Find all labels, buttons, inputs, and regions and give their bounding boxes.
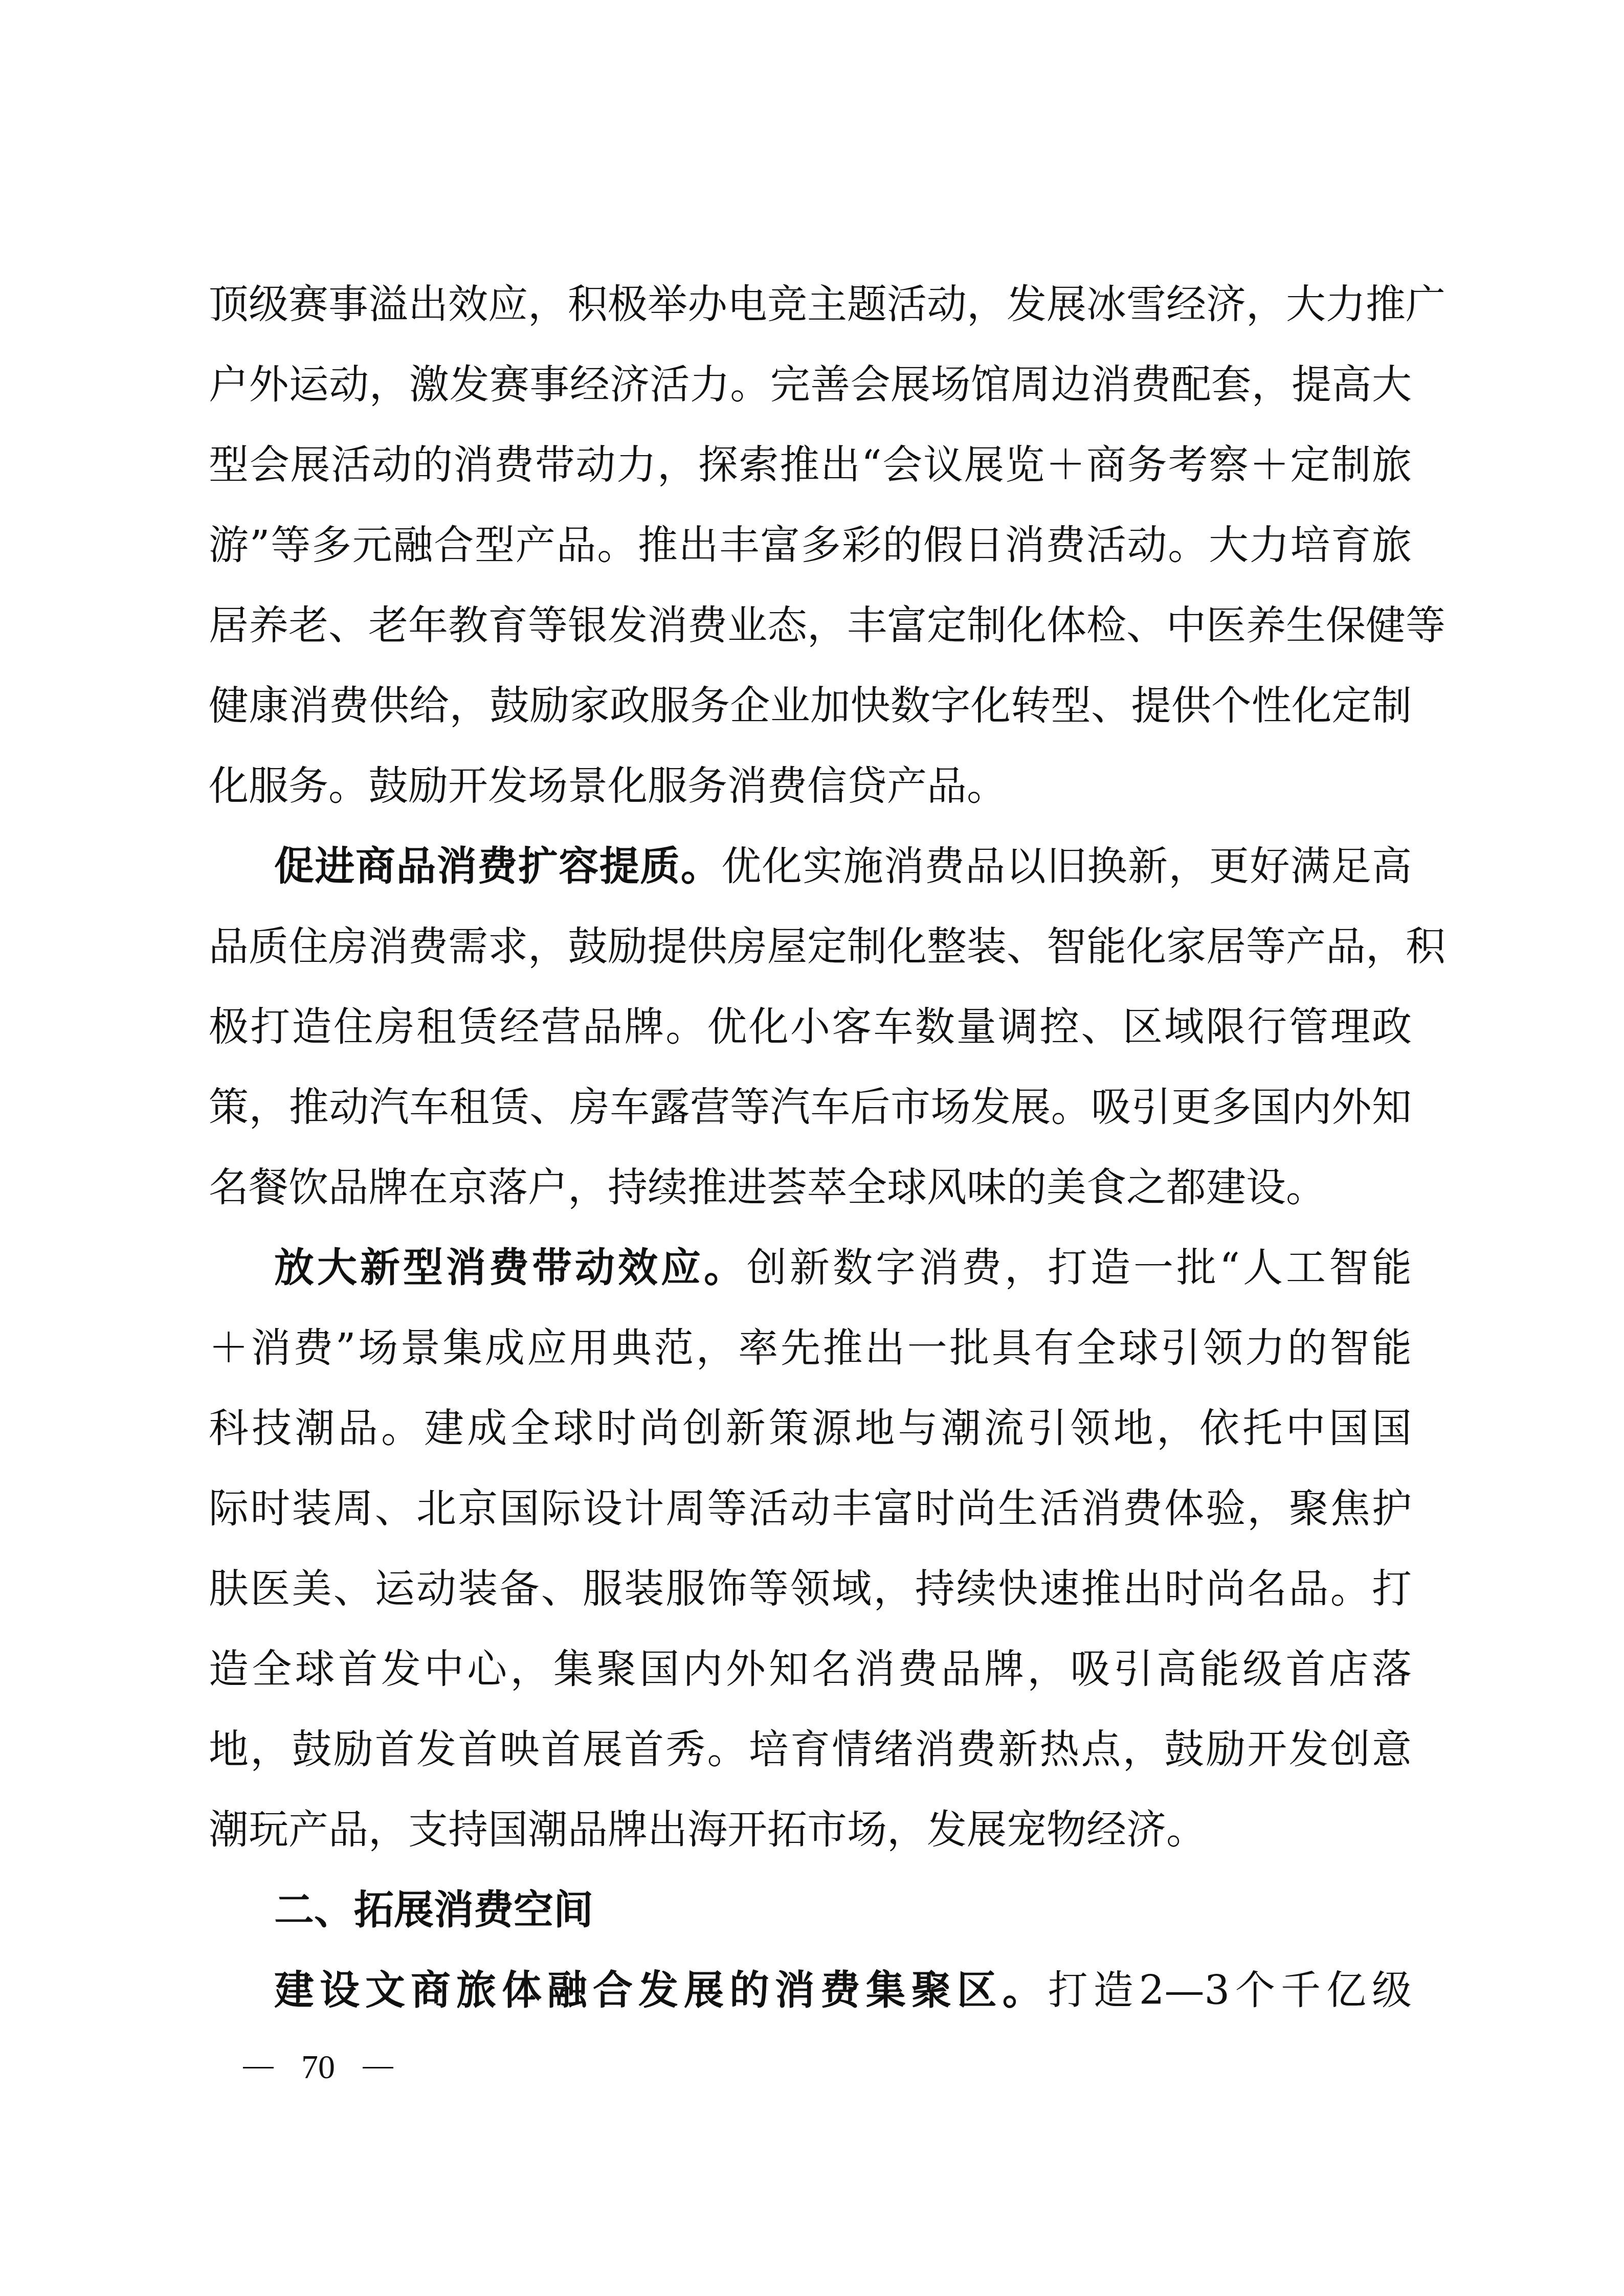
text-line: 造全球首发中心，集聚国内外知名消费品牌，吸引高能级首店落: [209, 1644, 1412, 1724]
text-line: 化服务。鼓励开发场景化服务消费信贷产品。: [209, 761, 1412, 841]
line-text: 科技潮品。建成全球时尚创新策源地与潮流引领地，依托中国国: [209, 1406, 1412, 1452]
page-number-value: 70: [301, 2050, 335, 2085]
text-line: 名餐饮品牌在京落户，持续推进荟萃全球风味的美食之都建设。: [209, 1162, 1412, 1243]
line-text: 地，鼓励首发首映首展首秀。培育情绪消费新热点，鼓励开发创意: [209, 1727, 1412, 1773]
body-text: 顶级赛事溢出效应，积极举办电竞主题活动，发展冰雪经济，大力推广 户外运动，激发赛…: [209, 279, 1412, 2045]
paragraph-start-line: 放大新型消费带动效应。创新数字消费，打造一批“人工智能: [209, 1243, 1412, 1323]
text-line: 户外运动，激发赛事经济活力。完善会展场馆周边消费配套，提高大: [209, 359, 1412, 440]
paragraph-lead-phrase: 放大新型消费带动效应。: [274, 1245, 747, 1291]
text-line: 肤医美、运动装备、服装服饰等领域，持续快速推出时尚名品。打: [209, 1564, 1412, 1644]
line-text: 品质住房消费需求，鼓励提供房屋定制化整装、智能化家居等产品，积: [209, 924, 1445, 970]
line-text: 肤医美、运动装备、服装服饰等领域，持续快速推出时尚名品。打: [209, 1566, 1412, 1612]
line-text: 游”等多元融合型产品。推出丰富多彩的假日消费活动。大力培育旅: [209, 523, 1412, 569]
section-heading-text: 二、拓展消费空间: [274, 1887, 593, 1933]
document-page: 顶级赛事溢出效应，积极举办电竞主题活动，发展冰雪经济，大力推广 户外运动，激发赛…: [0, 0, 1624, 2296]
text-line: 居养老、老年教育等银发消费业态，丰富定制化体检、中医养生保健等: [209, 600, 1412, 681]
page-number: 70: [243, 2050, 393, 2085]
text-line: 游”等多元融合型产品。推出丰富多彩的假日消费活动。大力培育旅: [209, 520, 1412, 600]
line-text: 优化实施消费品以旧换新，更好满足高: [721, 844, 1412, 890]
line-text: 健康消费供给，鼓励家政服务企业加快数字化转型、提供个性化定制: [209, 683, 1412, 729]
line-text: 潮玩产品，支持国潮品牌出海开拓市场，发展宠物经济。: [209, 1807, 1206, 1853]
text-line: 际时装周、北京国际设计周等活动丰富时尚生活消费体验，聚焦护: [209, 1483, 1412, 1564]
line-text: 造全球首发中心，集聚国内外知名消费品牌，吸引高能级首店落: [209, 1647, 1412, 1693]
text-line: 极打造住房租赁经营品牌。优化小客车数量调控、区域限行管理政: [209, 1002, 1412, 1082]
text-line: 地，鼓励首发首映首展首秀。培育情绪消费新热点，鼓励开发创意: [209, 1724, 1412, 1805]
line-text: ＋消费”场景集成应用典范，率先推出一批具有全球引领力的智能: [209, 1325, 1412, 1371]
paragraph-lead-phrase: 促进商品消费扩容提质。: [274, 843, 721, 890]
text-line: 健康消费供给，鼓励家政服务企业加快数字化转型、提供个性化定制: [209, 681, 1412, 761]
line-text: 创新数字消费，打造一批“人工智能: [747, 1245, 1412, 1291]
line-text: 型会展活动的消费带动力，探索推出“会议展览＋商务考察＋定制旅: [209, 442, 1412, 488]
paragraph-lead-phrase: 建设文商旅体融合发展的消费集聚区。: [274, 1967, 1048, 2014]
line-text: 户外运动，激发赛事经济活力。完善会展场馆周边消费配套，提高大: [209, 362, 1412, 408]
paragraph-start-line: 建设文商旅体融合发展的消费集聚区。打造2—3个千亿级: [209, 1965, 1412, 2045]
line-text: 居养老、老年教育等银发消费业态，丰富定制化体检、中医养生保健等: [209, 603, 1445, 649]
text-line: 顶级赛事溢出效应，积极举办电竞主题活动，发展冰雪经济，大力推广: [209, 279, 1412, 359]
page-number-left-dash: [243, 2067, 274, 2068]
text-line: ＋消费”场景集成应用典范，率先推出一批具有全球引领力的智能: [209, 1323, 1412, 1403]
text-line: 型会展活动的消费带动力，探索推出“会议展览＋商务考察＋定制旅: [209, 440, 1412, 520]
text-line: 科技潮品。建成全球时尚创新策源地与潮流引领地，依托中国国: [209, 1403, 1412, 1483]
line-text: 化服务。鼓励开发场景化服务消费信贷产品。: [209, 763, 1007, 809]
line-text: 策，推动汽车租赁、房车露营等汽车后市场发展。吸引更多国内外知: [209, 1085, 1412, 1131]
section-heading: 二、拓展消费空间: [209, 1885, 1412, 1965]
line-text: 名餐饮品牌在京落户，持续推进荟萃全球风味的美食之都建设。: [209, 1165, 1326, 1211]
line-text: 际时装周、北京国际设计周等活动丰富时尚生活消费体验，聚焦护: [209, 1486, 1412, 1532]
text-line: 潮玩产品，支持国潮品牌出海开拓市场，发展宠物经济。: [209, 1805, 1412, 1885]
line-text: 顶级赛事溢出效应，积极举办电竞主题活动，发展冰雪经济，大力推广: [209, 282, 1445, 328]
text-line: 策，推动汽车租赁、房车露营等汽车后市场发展。吸引更多国内外知: [209, 1082, 1412, 1162]
text-line: 品质住房消费需求，鼓励提供房屋定制化整装、智能化家居等产品，积: [209, 921, 1412, 1002]
line-text: 极打造住房租赁经营品牌。优化小客车数量调控、区域限行管理政: [209, 1004, 1412, 1050]
line-text: 打造2—3个千亿级: [1048, 1968, 1412, 2014]
paragraph-start-line: 促进商品消费扩容提质。优化实施消费品以旧换新，更好满足高: [209, 841, 1412, 921]
page-number-right-dash: [363, 2067, 393, 2068]
